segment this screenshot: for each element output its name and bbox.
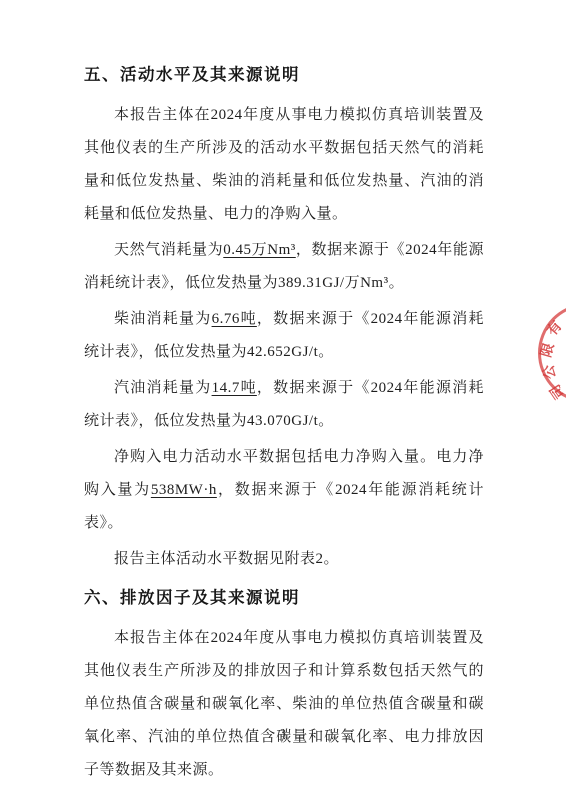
section-6-heading: 六、排放因子及其来源说明 <box>84 581 484 614</box>
section-5-heading: 五、活动水平及其来源说明 <box>84 58 484 91</box>
document-page: 五、活动水平及其来源说明 本报告主体在2024年度从事电力模拟仿真培训装置及其他… <box>0 0 566 800</box>
underlined-value-diesel: 6.76吨 <box>212 311 257 327</box>
document-body: 五、活动水平及其来源说明 本报告主体在2024年度从事电力模拟仿真培训装置及其他… <box>84 58 484 790</box>
underlined-value-natural-gas: 0.45万Nm³ <box>223 242 295 258</box>
paragraph-text: 本报告主体在2024年度从事电力模拟仿真培训装置及其他仪表生产所涉及的排放因子和… <box>84 630 484 778</box>
seal-character: 有 <box>542 316 566 340</box>
paragraph-electricity: 净购入电力活动水平数据包括电力净购入量。电力净购入量为538MW·h，数据来源于… <box>84 441 484 540</box>
page-number: 3 <box>0 726 566 741</box>
seal-character: 司 <box>545 381 566 404</box>
seal-character: 限 <box>535 341 558 360</box>
paragraph-text: 天然气消耗量为 <box>114 242 223 258</box>
paragraph-gasoline: 汽油消耗量为14.7吨，数据来源于《2024年能源消耗统计表》，低位发热量为43… <box>84 372 484 438</box>
seal-character: 公 <box>538 363 560 380</box>
paragraph-text: 本报告主体在2024年度从事电力模拟仿真培训装置及其他仪表的生产所涉及的活动水平… <box>84 107 484 222</box>
paragraph-emission-factors: 本报告主体在2024年度从事电力模拟仿真培训装置及其他仪表生产所涉及的排放因子和… <box>84 622 484 787</box>
underlined-value-gasoline: 14.7吨 <box>212 380 257 396</box>
paragraph-appendix-reference: 报告主体活动水平数据见附表2。 <box>84 543 484 576</box>
paragraph-text: 柴油消耗量为 <box>114 311 212 327</box>
paragraph-natural-gas: 天然气消耗量为0.45万Nm³，数据来源于《2024年能源消耗统计表》，低位发热… <box>84 234 484 300</box>
paragraph-activity-intro: 本报告主体在2024年度从事电力模拟仿真培训装置及其他仪表的生产所涉及的活动水平… <box>84 99 484 231</box>
company-seal-stamp: 有 限 公 司 <box>538 303 566 403</box>
paragraph-diesel: 柴油消耗量为6.76吨，数据来源于《2024年能源消耗统计表》，低位发热量为42… <box>84 303 484 369</box>
paragraph-text: 汽油消耗量为 <box>114 380 212 396</box>
underlined-value-electricity: 538MW·h <box>151 482 217 498</box>
paragraph-text: 报告主体活动水平数据见附表2。 <box>114 551 339 567</box>
